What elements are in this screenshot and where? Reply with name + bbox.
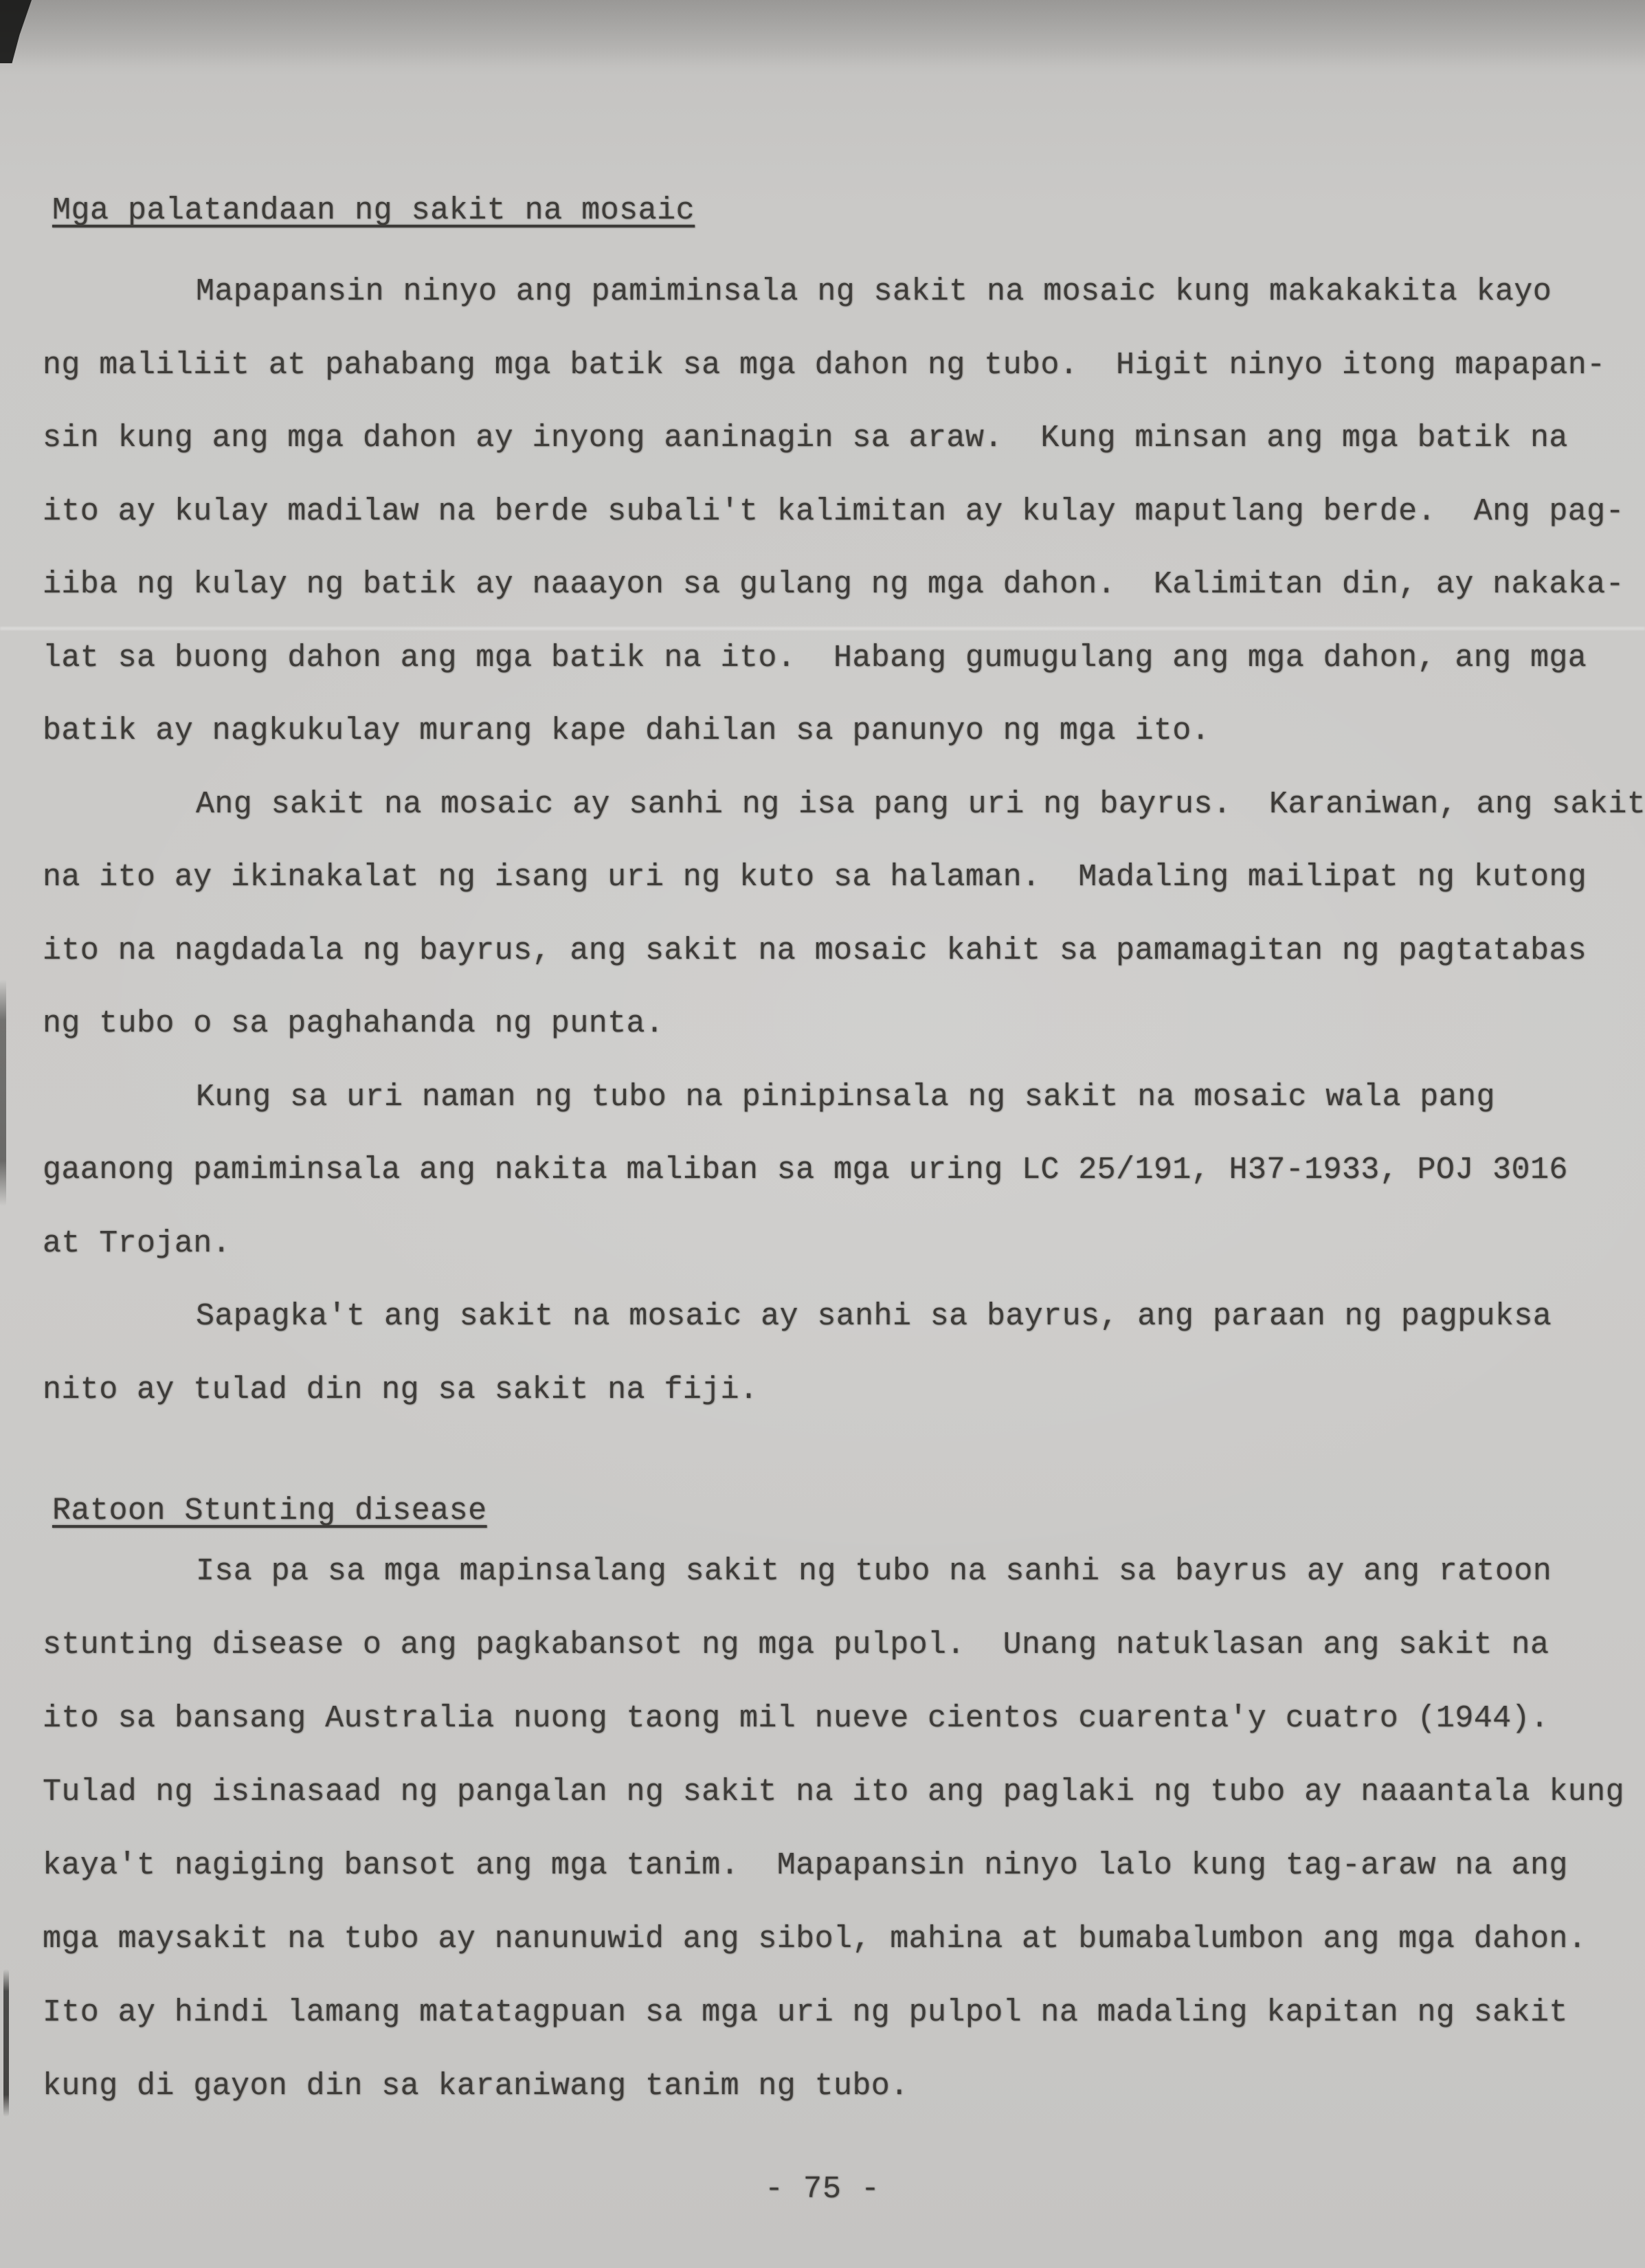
text-line: ito ay kulay madilaw na berde subali't k…: [43, 476, 1618, 549]
section-body-mosaic: Mapapansin ninyo ang pamiminsala ng saki…: [43, 256, 1618, 1427]
text-line: kung di gayon din sa karaniwang tanim ng…: [43, 2049, 1618, 2123]
text-line: ito na nagdadala ng bayrus, ang sakit na…: [43, 915, 1618, 988]
text-line: gaanong pamiminsala ang nakita maliban s…: [43, 1134, 1618, 1208]
text-line: batik ay nagkukulay murang kape dahilan …: [43, 695, 1618, 768]
section-heading-mosaic: Mga palatandaan ng sakit na mosaic: [52, 193, 695, 228]
text-line: lat sa buong dahon ang mga batik na ito.…: [43, 622, 1618, 696]
text-line: Kung sa uri naman ng tubo na pinipinsala…: [43, 1061, 1618, 1135]
text-line: ito sa bansang Australia nuong taong mil…: [43, 1682, 1618, 1755]
text-line: ng maliliit at pahabang mga batik sa mga…: [43, 329, 1618, 403]
text-line: ng tubo o sa paghahanda ng punta.: [43, 988, 1618, 1061]
text-line: Tulad ng isinasaad ng pangalan ng sakit …: [43, 1755, 1618, 1829]
text-line: mga maysakit na tubo ay nanunuwid ang si…: [43, 1902, 1618, 1976]
text-line: na ito ay ikinakalat ng isang uri ng kut…: [43, 841, 1618, 915]
section-heading-ratoon-stunting: Ratoon Stunting disease: [52, 1493, 487, 1528]
text-line: at Trojan.: [43, 1208, 1618, 1281]
text-line: Mapapansin ninyo ang pamiminsala ng saki…: [43, 256, 1618, 329]
text-line: sin kung ang mga dahon ay inyong aaninag…: [43, 402, 1618, 476]
text-line: Ito ay hindi lamang matatagpuan sa mga u…: [43, 1976, 1618, 2049]
section-body-ratoon-stunting: Isa pa sa mga mapinsalang sakit ng tubo …: [43, 1535, 1618, 2123]
scan-edge-artifact: [0, 979, 6, 1206]
page-number: - 75 -: [0, 2172, 1645, 2207]
text-line: Sapagka't ang sakit na mosaic ay sanhi s…: [43, 1280, 1618, 1354]
scan-top-shadow: [0, 0, 1645, 66]
scanned-document-page: Mga palatandaan ng sakit na mosaic Mapap…: [0, 0, 1645, 2268]
text-line: kaya't nagiging bansot ang mga tanim. Ma…: [43, 1829, 1618, 1902]
text-line: stunting disease o ang pagkabansot ng mg…: [43, 1608, 1618, 1682]
text-line: Ang sakit na mosaic ay sanhi ng isa pang…: [43, 768, 1618, 842]
text-line: iiba ng kulay ng batik ay naaayon sa gul…: [43, 548, 1618, 622]
scan-edge-artifact: [3, 1969, 9, 2117]
text-line: nito ay tulad din ng sa sakit na fiji.: [43, 1354, 1618, 1427]
text-line: Isa pa sa mga mapinsalang sakit ng tubo …: [43, 1535, 1618, 1608]
